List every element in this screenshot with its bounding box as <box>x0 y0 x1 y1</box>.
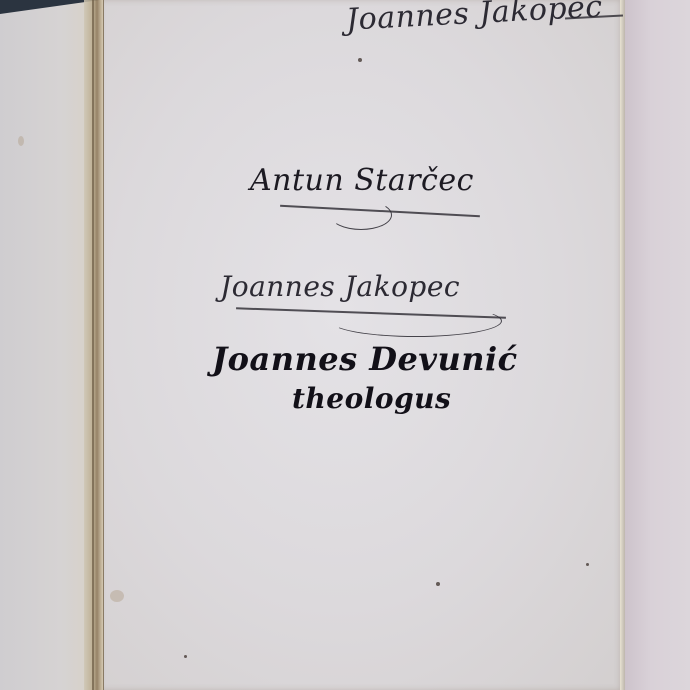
background-cloth <box>625 0 690 690</box>
ink-spot <box>586 563 589 566</box>
foxing-stain <box>110 590 124 602</box>
signature-jakopec: Joannes Jakopec <box>220 270 460 303</box>
signature-flourish <box>330 200 392 230</box>
photo-scene: Joannes Jakopec Antun Starčec Joannes Ja… <box>0 0 690 690</box>
signature-devunic: Joannes Devunić <box>212 340 518 378</box>
signature-title: theologus <box>292 382 451 415</box>
signature-flourish <box>330 305 502 337</box>
foxing-stain <box>18 136 24 146</box>
ink-spot <box>436 582 440 586</box>
ink-spot <box>358 58 362 62</box>
gutter-crease <box>92 0 94 690</box>
page-edge <box>620 0 625 690</box>
signature-antun: Antun Starčec <box>250 163 474 198</box>
ink-spot <box>184 655 187 658</box>
